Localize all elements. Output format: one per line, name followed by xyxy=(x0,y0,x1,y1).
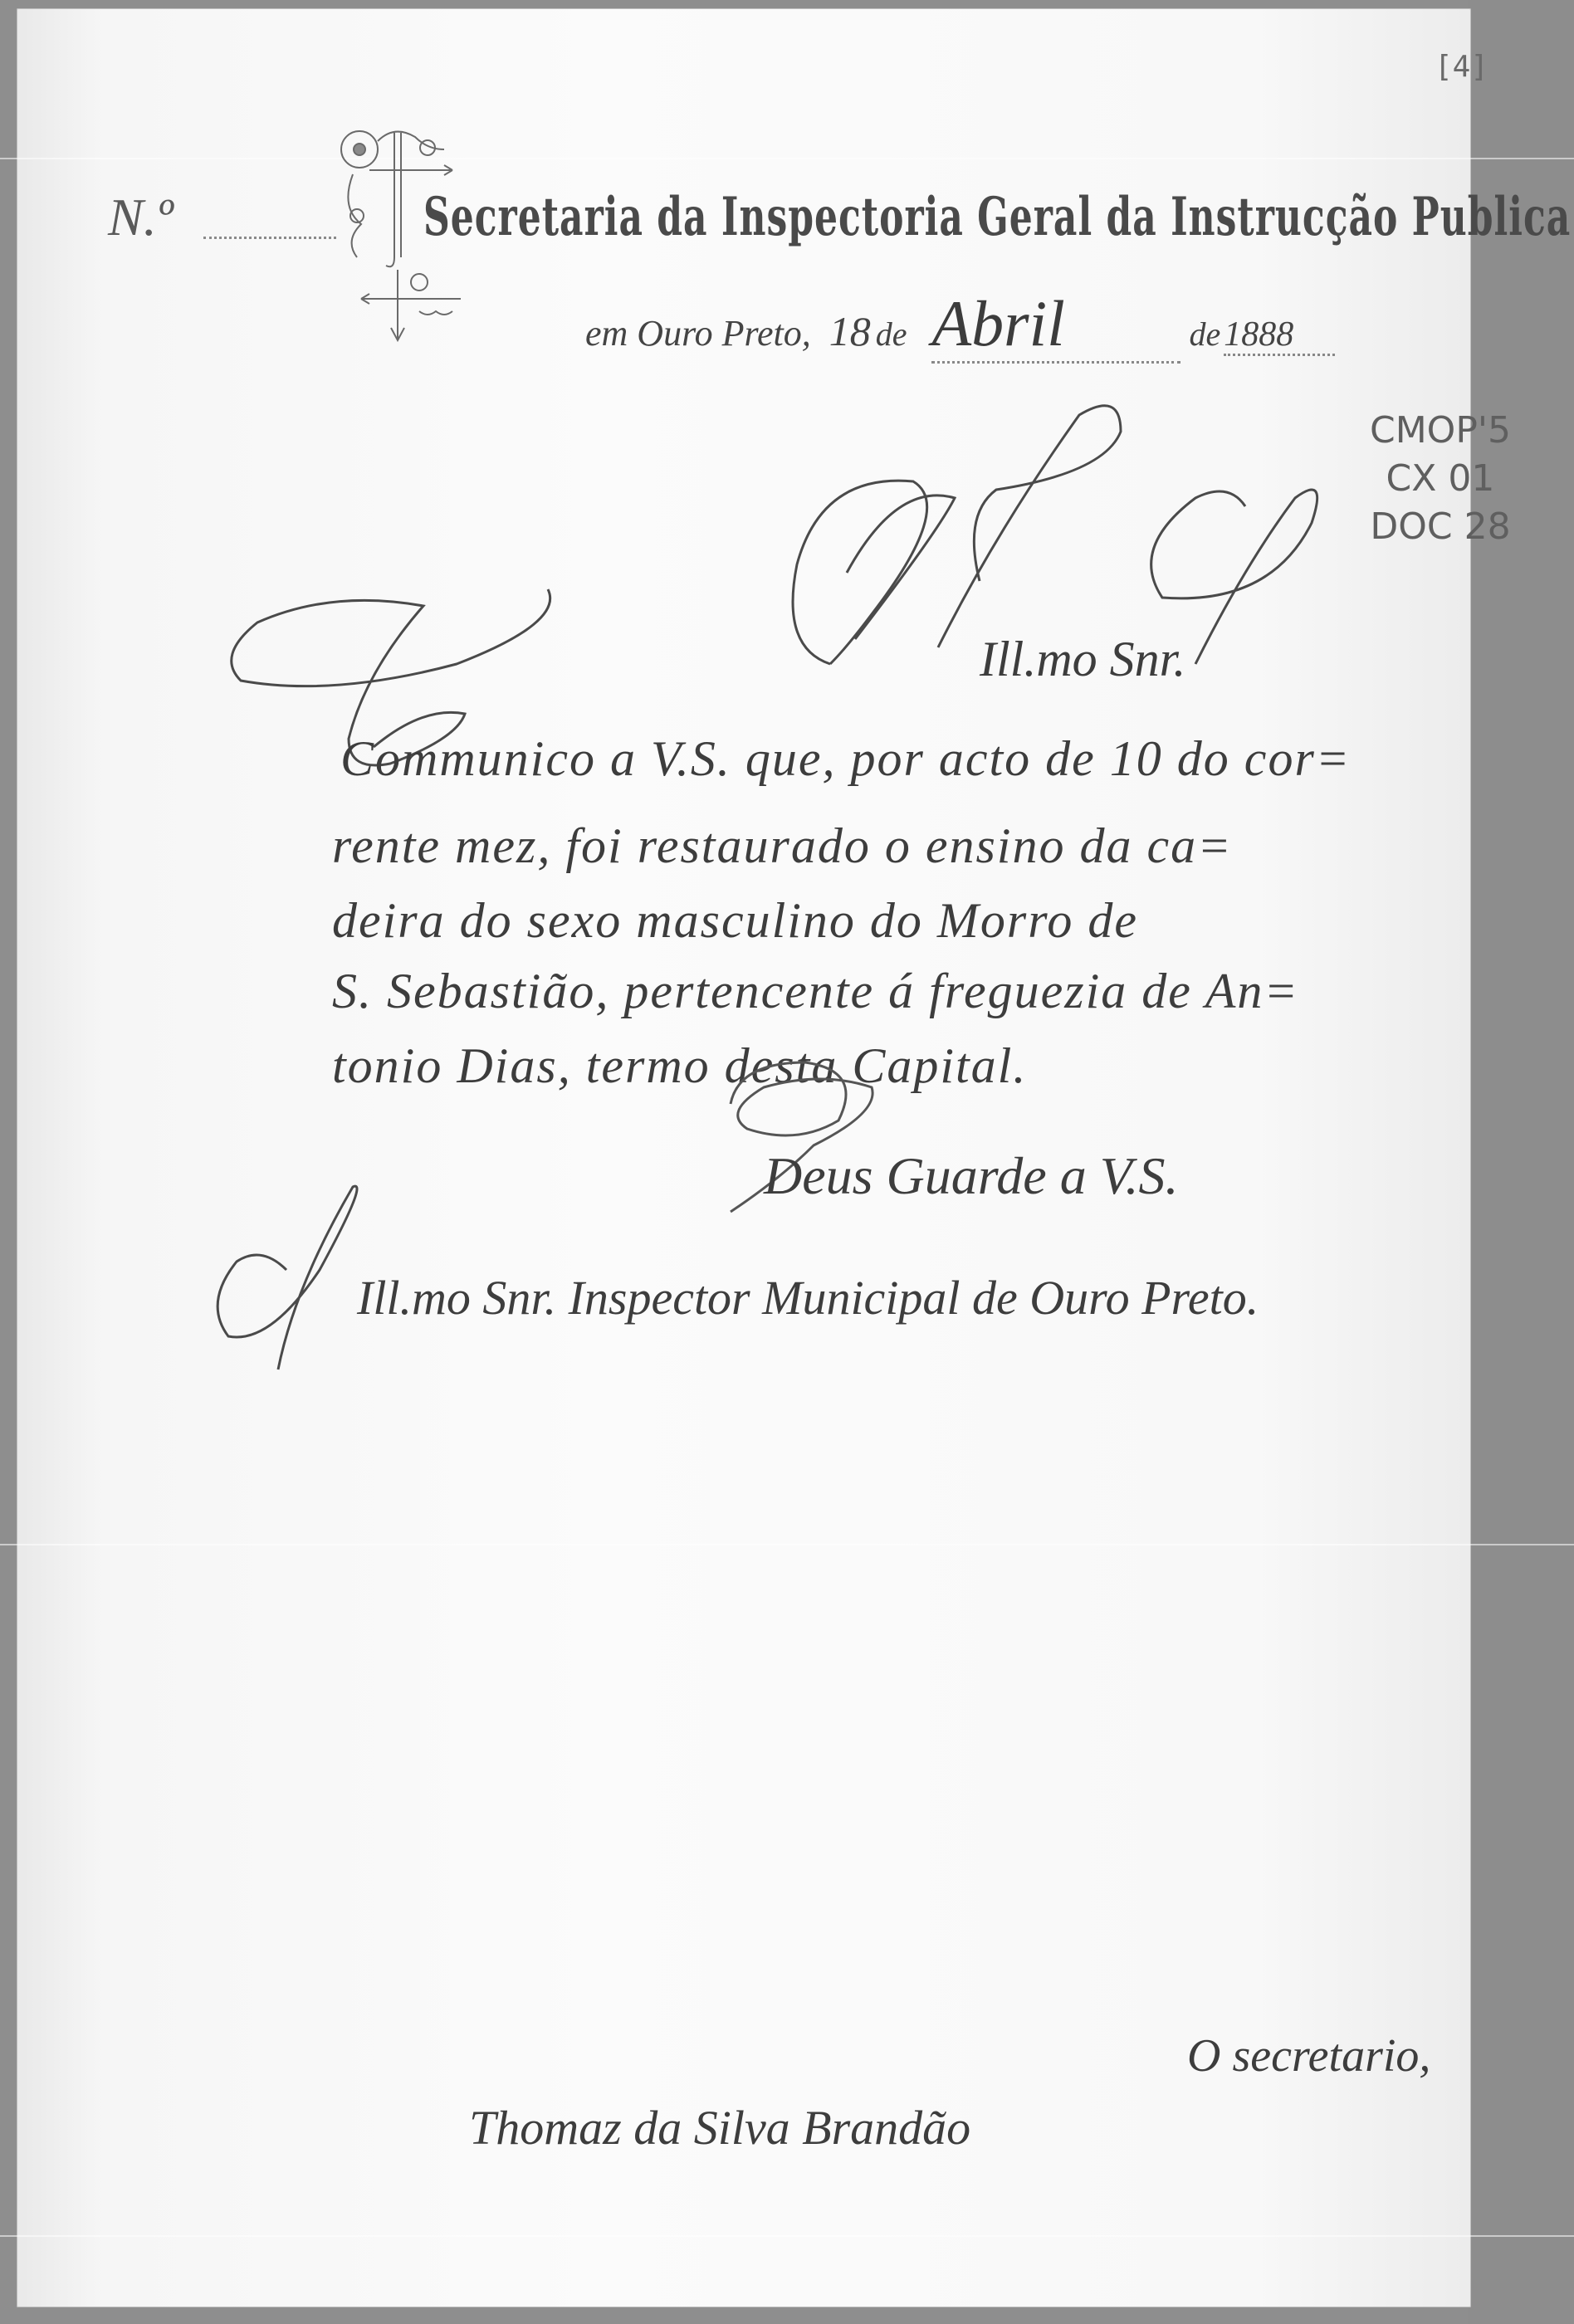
body-line: Communico a V.S. que, por acto de 10 do … xyxy=(340,730,1351,788)
salutation: Ill.mo Snr. xyxy=(980,631,1185,688)
scan-artifact-line xyxy=(0,1544,1574,1545)
body-line: deira do sexo masculino do Morro de xyxy=(332,892,1138,950)
signature-name: Thomaz da Silva Brandão xyxy=(469,2100,970,2156)
date-year: 1888 xyxy=(1224,315,1335,356)
signature-title: O secretario, xyxy=(1187,2029,1430,2082)
date-de: de xyxy=(1189,315,1220,353)
date-day: 18 xyxy=(829,308,871,354)
letterhead-institution: Secretaria da Inspectoria Geral da Instr… xyxy=(423,187,1574,248)
place-label: em Ouro Preto, xyxy=(585,313,811,354)
letterhead-dateline: em Ouro Preto,18deAbrilde 1888 xyxy=(585,286,1335,364)
scan-artifact-line xyxy=(0,2235,1574,2237)
body-line: rente mez, foi restaurado o ensino da ca… xyxy=(332,818,1233,875)
scanner-background xyxy=(1468,0,1574,2324)
closing-phrase: Deus Guarde a V.S. xyxy=(764,1145,1179,1207)
addressee: Ill.mo Snr. Inspector Municipal de Ouro … xyxy=(357,1270,1259,1326)
page-number: [4] xyxy=(1435,50,1488,84)
date-de: de xyxy=(876,315,907,353)
scan-artifact-line xyxy=(0,158,1574,159)
body-line: S. Sebastião, pertencente á freguezia de… xyxy=(332,963,1299,1020)
date-month: Abril xyxy=(931,286,1180,364)
letterhead-number-label: N.º xyxy=(108,187,174,248)
letterhead-number-blank xyxy=(203,237,336,239)
